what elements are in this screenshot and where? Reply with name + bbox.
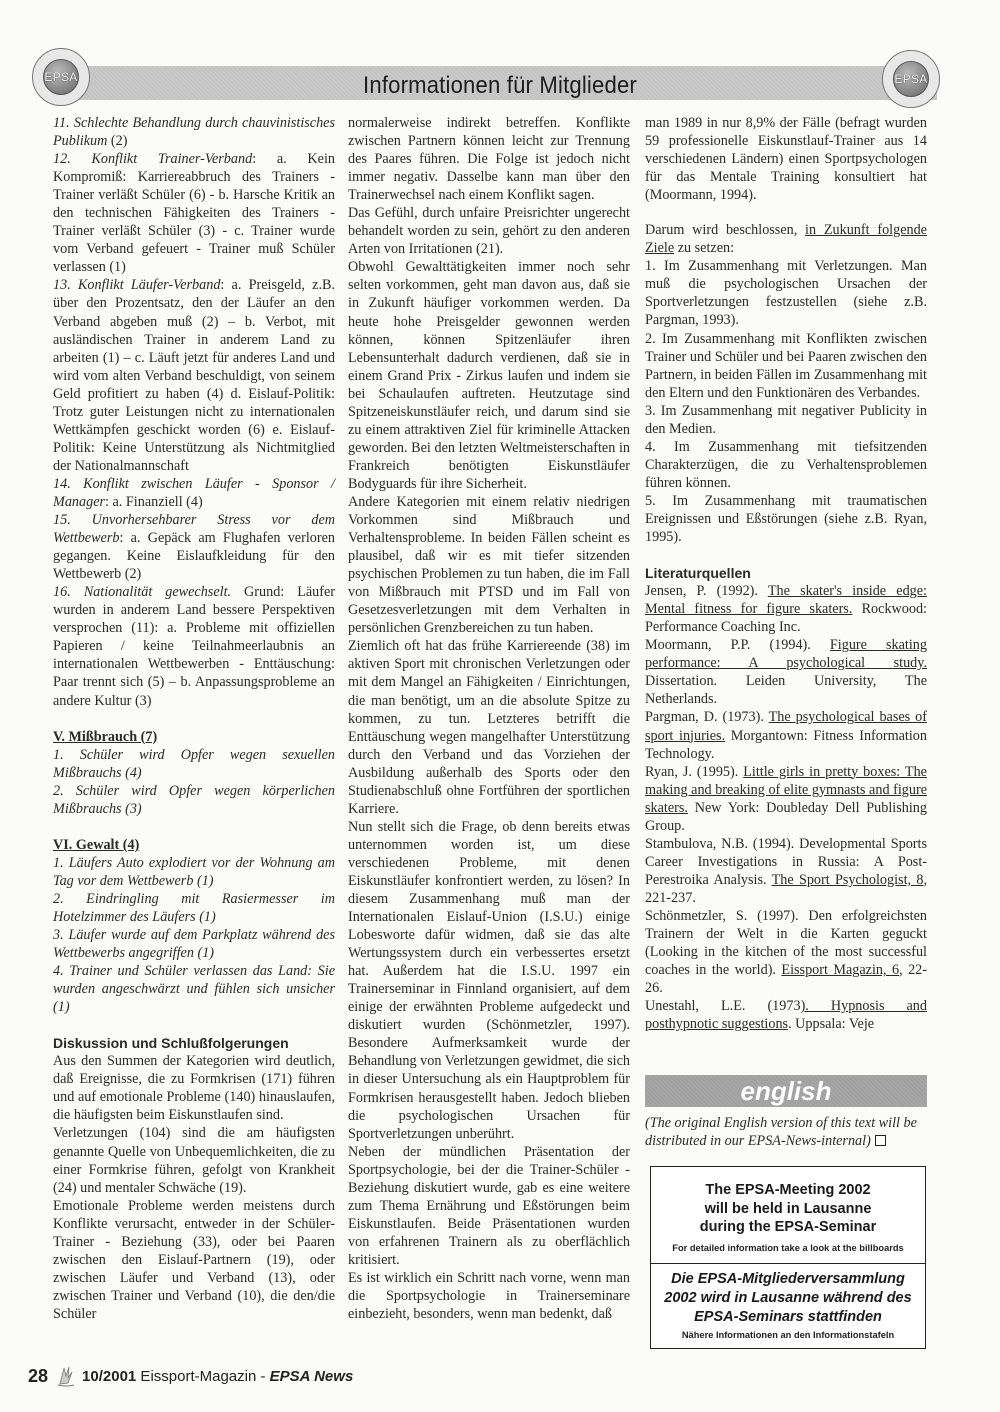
- logo-text: EPSA: [894, 72, 927, 86]
- reference-item: Stambulova, N.B. (1994). Developmental S…: [645, 835, 927, 907]
- goal-item: 2. Im Zusammenhang mit Konflikten zwisch…: [645, 330, 927, 402]
- english-note: (The original English version of this te…: [645, 1114, 927, 1150]
- page-footer: 28 10/2001 Eissport-Magazin - EPSA News: [28, 1364, 353, 1388]
- section-heading-diskussion: Diskussion und Schlußfolgerungen: [53, 1034, 335, 1052]
- paragraph: Aus den Summen der Kategorien wird deutl…: [53, 1052, 335, 1124]
- page-title: Informationen für Mitglieder: [40, 72, 960, 100]
- list-item: 1. Schüler wird Opfer wegen sexuellen Mi…: [53, 746, 335, 782]
- page-number: 28: [28, 1366, 48, 1387]
- list-item: 16. Nationalität gewechselt. Grund: Läuf…: [53, 583, 335, 709]
- magazine-name: Eissport-Magazin -: [136, 1368, 269, 1385]
- paragraph: Emotionale Probleme werden meistens durc…: [53, 1197, 335, 1323]
- end-mark-icon: [875, 1135, 886, 1146]
- reference-item: Unestahl, L.E. (1973). Hypnosis and post…: [645, 997, 927, 1033]
- skater-logo-icon: [54, 1364, 78, 1388]
- reference-item: Moormann, P.P. (1994). Figure skating pe…: [645, 636, 927, 708]
- reference-item: Ryan, J. (1995). Little girls in pretty …: [645, 763, 927, 835]
- list-item: 12. Konflikt Trainer-Verband: a. Kein Ko…: [53, 150, 335, 276]
- list-item: 2. Schüler wird Opfer wegen körperlichen…: [53, 782, 335, 818]
- notice-german: Die EPSA-Mitgliederversammlung 2002 wird…: [651, 1264, 925, 1348]
- goal-item: 3. Im Zusammenhang mit negativer Publici…: [645, 402, 927, 438]
- reference-item: Pargman, D. (1973). The psychological ba…: [645, 708, 927, 762]
- references-heading: Literaturquellen: [645, 564, 927, 582]
- reference-item: Schönmetzler, S. (1997). Den erfolgreich…: [645, 907, 927, 997]
- english-banner: english: [645, 1075, 927, 1107]
- paragraph: normalerweise indirekt betreffen. Konfli…: [348, 114, 630, 204]
- logo-text: EPSA: [44, 70, 77, 84]
- list-item: 4. Trainer und Schüler verlassen das Lan…: [53, 962, 335, 1016]
- list-item: 11. Schlechte Behandlung durch chauvinis…: [53, 114, 335, 150]
- reference-item: Jensen, P. (1992). The skater's inside e…: [645, 582, 927, 636]
- list-item: 3. Läufer wurde auf dem Parkplatz währen…: [53, 926, 335, 962]
- column-1: 11. Schlechte Behandlung durch chauvinis…: [53, 114, 335, 1323]
- list-item: 14. Konflikt zwischen Läufer - Sponsor /…: [53, 475, 335, 511]
- paragraph: man 1989 in nur 8,9% der Fälle (befragt …: [645, 114, 927, 204]
- paragraph: Obwohl Gewalttätigkeiten immer noch sehr…: [348, 258, 630, 493]
- paragraph: Es ist wirklich ein Schritt nach vorne, …: [348, 1269, 630, 1323]
- paragraph: Verletzungen (104) sind die am häufigste…: [53, 1124, 335, 1196]
- list-item: 2. Eindringling mit Rasiermesser im Hote…: [53, 890, 335, 926]
- goal-item: 5. Im Zusammenhang mit traumatischen Ere…: [645, 492, 927, 546]
- list-item: 1. Läufers Auto explodiert vor der Wohnu…: [53, 854, 335, 890]
- paragraph: Das Gefühl, durch unfaire Preisrichter u…: [348, 204, 630, 258]
- column-3: man 1989 in nur 8,9% der Fälle (befragt …: [645, 114, 927, 1033]
- list-item: 13. Konflikt Läufer-Verband: a. Preisgel…: [53, 276, 335, 475]
- paragraph: Andere Kategorien mit einem relativ nied…: [348, 493, 630, 637]
- brand-name: EPSA News: [270, 1368, 354, 1385]
- goals-intro: Darum wird beschlossen, in Zukunft folge…: [645, 221, 927, 257]
- epsa-logo-left: EPSA: [32, 48, 90, 106]
- paragraph: Ziemlich oft hat das frühe Karriereende …: [348, 637, 630, 817]
- paragraph: Nun stellt sich die Frage, ob denn berei…: [348, 818, 630, 1143]
- goal-item: 1. Im Zusammenhang mit Verletzungen. Man…: [645, 257, 927, 329]
- list-item: 15. Unvorhersehbarer Stress vor dem Wett…: [53, 511, 335, 583]
- column-2: normalerweise indirekt betreffen. Konfli…: [348, 114, 630, 1323]
- goal-item: 4. Im Zusammenhang mit tiefsitzenden Cha…: [645, 438, 927, 492]
- notice-english: The EPSA-Meeting 2002 will be held in La…: [651, 1167, 925, 1264]
- epsa-logo-right: EPSA: [882, 50, 940, 108]
- meeting-notice-box: The EPSA-Meeting 2002 will be held in La…: [650, 1166, 926, 1349]
- issue-date: 10/2001: [82, 1368, 136, 1385]
- paragraph: Neben der mündlichen Präsentation der Sp…: [348, 1143, 630, 1269]
- section-heading-missbrauch: V. Mißbrauch (7): [53, 728, 335, 746]
- section-heading-gewalt: VI. Gewalt (4): [53, 836, 335, 854]
